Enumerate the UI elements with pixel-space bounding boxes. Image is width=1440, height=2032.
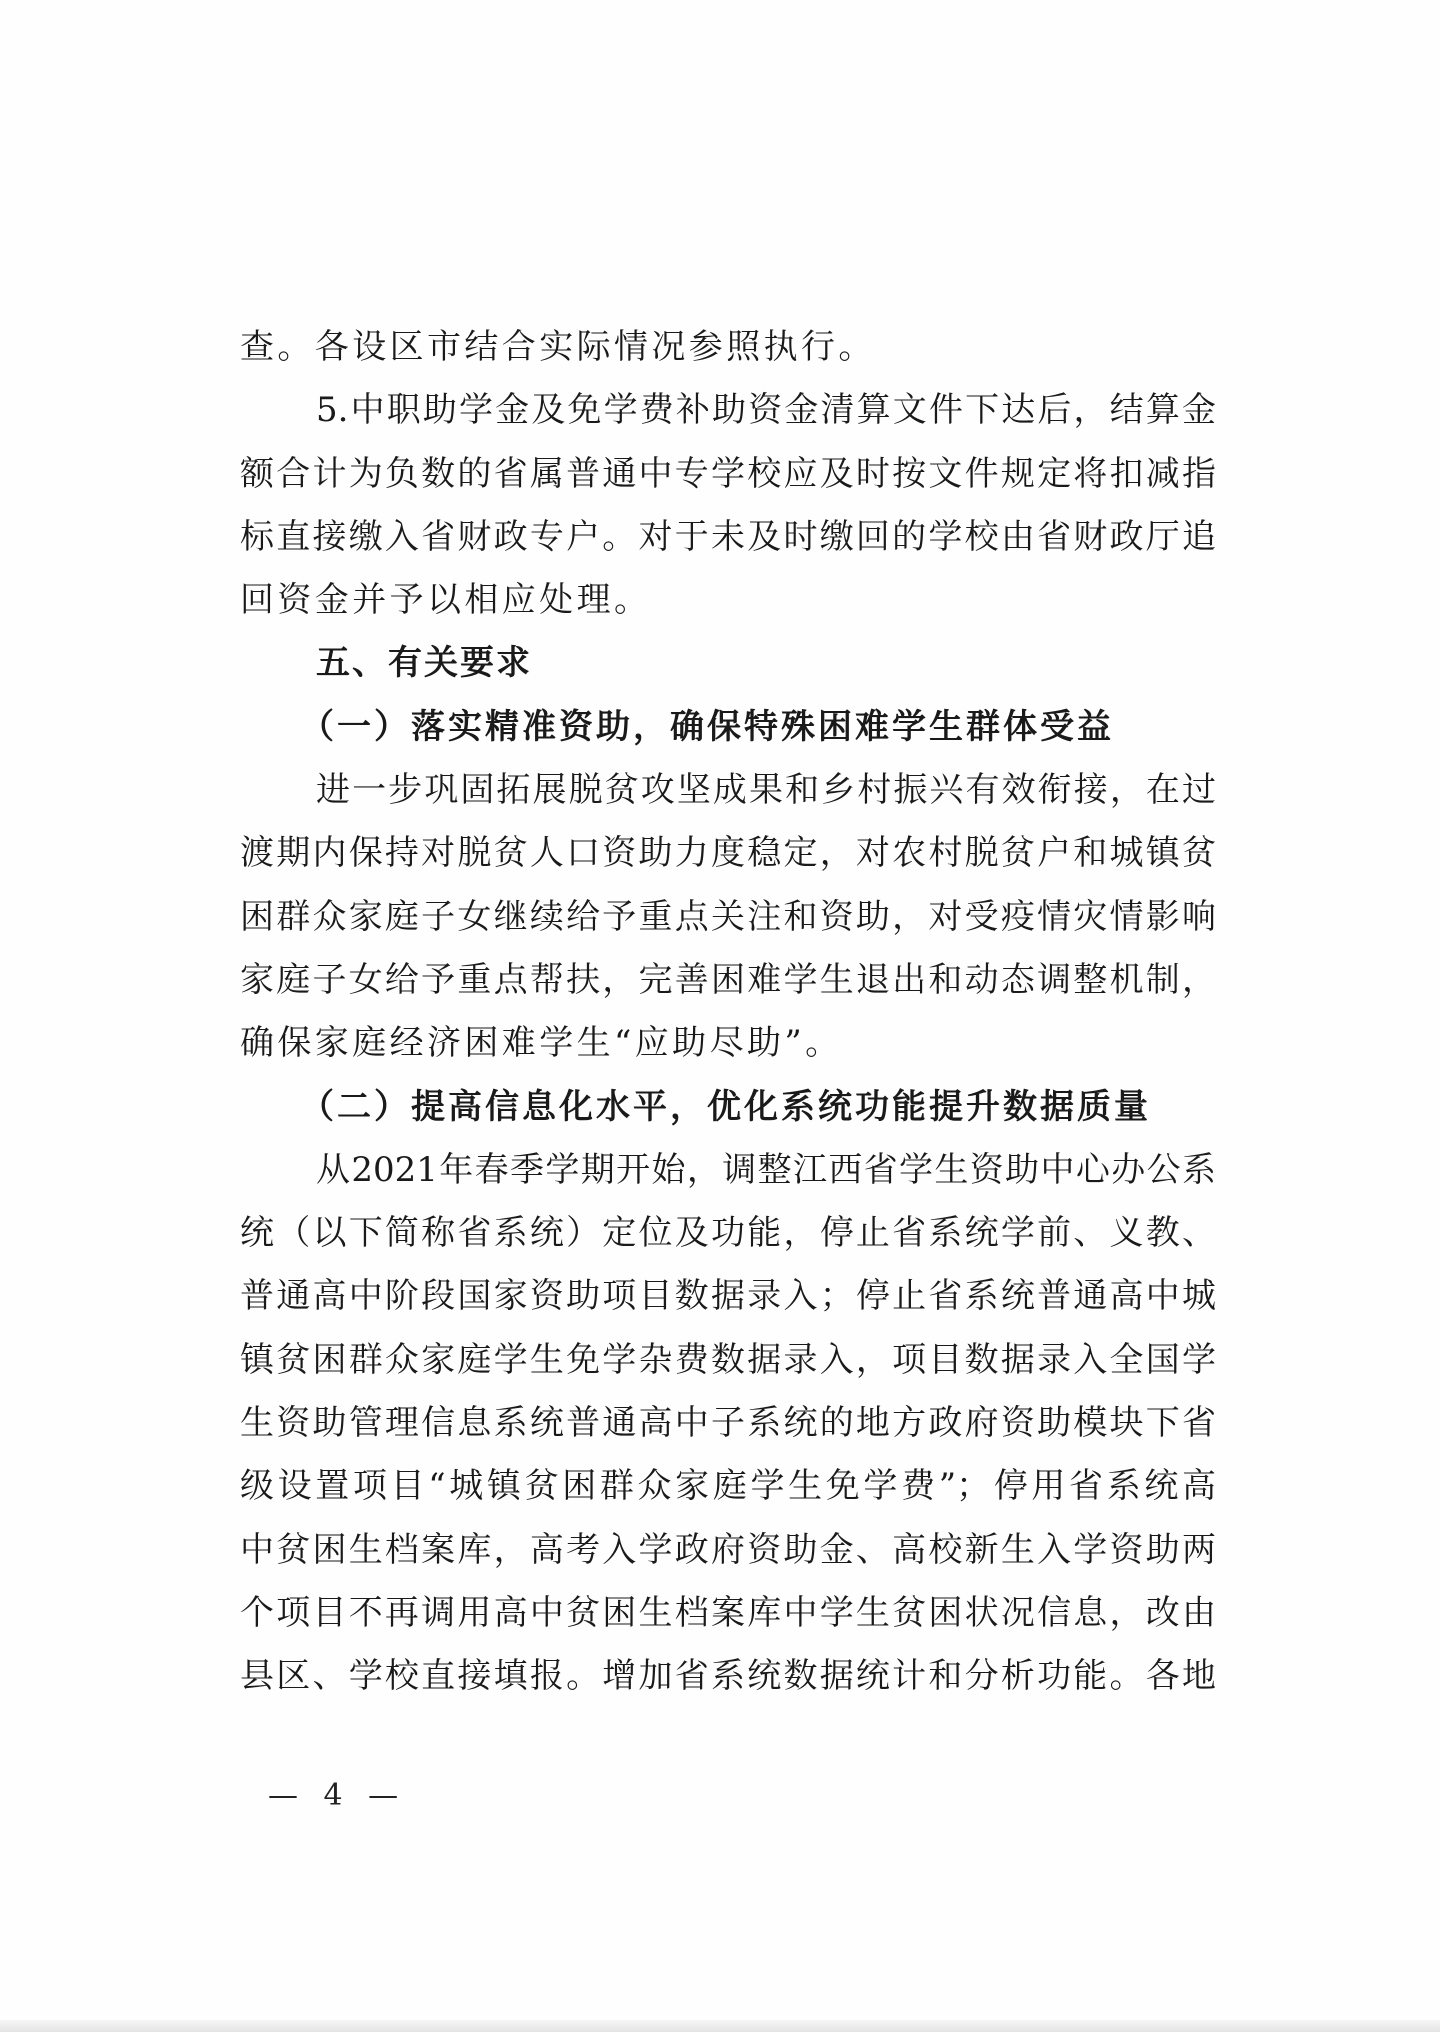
subsection-heading: （一）落实精准资助，确保特殊困难学生群体受益: [240, 696, 1216, 759]
subsection-heading: （二）提高信息化水平，优化系统功能提升数据质量: [240, 1076, 1216, 1139]
body-line: 标直接缴入省财政专户。对于未及时缴回的学校由省财政厅追: [240, 506, 1216, 569]
body-line: 回资金并予以相应处理。: [240, 569, 1216, 632]
body-line: 查。各设区市结合实际情况参照执行。: [240, 316, 1216, 379]
body-line: 渡期内保持对脱贫人口资助力度稳定，对农村脱贫户和城镇贫: [240, 822, 1216, 885]
document-page: 查。各设区市结合实际情况参照执行。 5.中职助学金及免学费补助资金清算文件下达后…: [0, 0, 1440, 2020]
body-line: 进一步巩固拓展脱贫攻坚成果和乡村振兴有效衔接，在过: [240, 759, 1216, 822]
page-number: — 4 —: [268, 1778, 406, 1813]
body-line: 中贫困生档案库，高考入学政府资助金、高校新生入学资助两: [240, 1519, 1216, 1582]
body-line: 统（以下简称省系统）定位及功能，停止省系统学前、义教、: [240, 1202, 1216, 1265]
page-bottom-edge: [0, 2020, 1440, 2032]
body-line: 家庭子女给予重点帮扶，完善困难学生退出和动态调整机制，: [240, 949, 1216, 1012]
section-heading: 五、有关要求: [240, 632, 1216, 695]
body-line: 确保家庭经济困难学生“应助尽助”。: [240, 1012, 1216, 1075]
document-body: 查。各设区市结合实际情况参照执行。 5.中职助学金及免学费补助资金清算文件下达后…: [240, 316, 1216, 1709]
body-line: 级设置项目“城镇贫困群众家庭学生免学费”；停用省系统高: [240, 1455, 1216, 1518]
body-line: 生资助管理信息系统普通高中子系统的地方政府资助模块下省: [240, 1392, 1216, 1455]
body-line: 镇贫困群众家庭学生免学杂费数据录入，项目数据录入全国学: [240, 1329, 1216, 1392]
body-line: 个项目不再调用高中贫困生档案库中学生贫困状况信息，改由: [240, 1582, 1216, 1645]
body-line: 从2021年春季学期开始，调整江西省学生资助中心办公系: [240, 1139, 1216, 1202]
body-line: 普通高中阶段国家资助项目数据录入；停止省系统普通高中城: [240, 1265, 1216, 1328]
body-line: 5.中职助学金及免学费补助资金清算文件下达后，结算金: [240, 379, 1216, 442]
body-line: 困群众家庭子女继续给予重点关注和资助，对受疫情灾情影响: [240, 886, 1216, 949]
body-line: 县区、学校直接填报。增加省系统数据统计和分析功能。各地: [240, 1645, 1216, 1708]
body-line: 额合计为负数的省属普通中专学校应及时按文件规定将扣减指: [240, 443, 1216, 506]
